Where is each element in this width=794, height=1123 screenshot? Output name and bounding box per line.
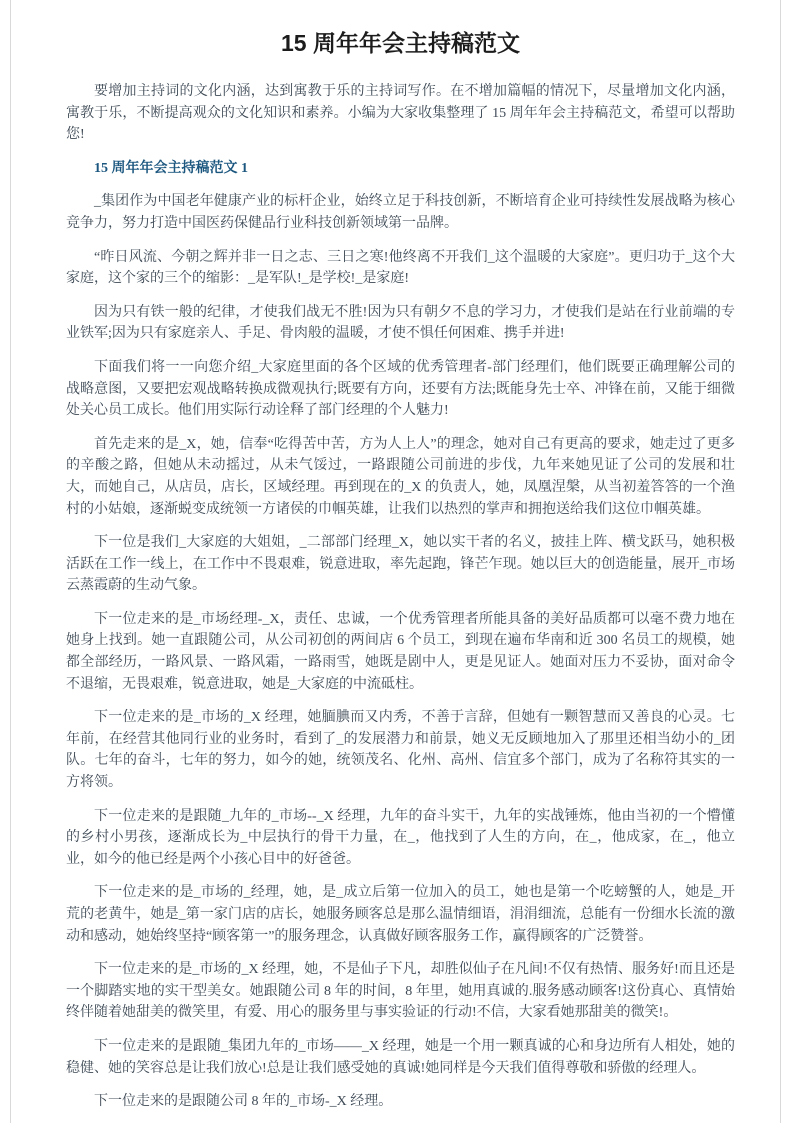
paragraph: 下一位走来的是跟随_九年的_市场--_X 经理，九年的奋斗实干，九年的实战锤炼，… — [66, 806, 735, 871]
document-page: 15 周年年会主持稿范文 要增加主持词的文化内涵，达到寓教于乐的主持词写作。在不… — [0, 0, 794, 1123]
paragraph: 下一位是我们_大家庭的大姐姐，_二部部门经理_X，她以实干者的名义，披挂上阵、横… — [66, 532, 735, 597]
paragraph: 首先走来的是_X，她，信奉“吃得苦中苦，方为人上人”的理念，她对自己有更高的要求… — [66, 434, 735, 520]
page-title: 15 周年年会主持稿范文 — [66, 27, 735, 59]
paragraph: 下一位走来的是跟随_集团九年的_市场——_X 经理，她是一个用一颗真诚的心和身边… — [66, 1036, 735, 1079]
paragraph: 下一位走来的是_市场的_经理，她，是_成立后第一位加入的员工，她也是第一个吃螃蟹… — [66, 882, 735, 947]
document-content: 15 周年年会主持稿范文 要增加主持词的文化内涵，达到寓教于乐的主持词写作。在不… — [0, 0, 794, 1113]
paragraph: 下一位走来的是跟随公司 8 年的_市场-_X 经理。 — [66, 1091, 735, 1113]
paragraph: 下一位走来的是_市场的_X 经理，她腼腆而又内秀，不善于言辞，但她有一颗智慧而又… — [66, 707, 735, 793]
paragraph: “昨日风流、今朝之辉并非一日之志、三日之寒!他终离不开我们_这个温暖的大家庭”。… — [66, 247, 735, 290]
section-heading: 15 周年年会主持稿范文 1 — [66, 158, 735, 180]
paragraph: 下一位走来的是_市场经理-_X，责任、忠诚，一个优秀管理者所能具备的美好品质都可… — [66, 609, 735, 695]
paragraph: 下面我们将一一向您介绍_大家庭里面的各个区域的优秀管理者-部门经理们，他们既要正… — [66, 357, 735, 422]
paragraph: 因为只有铁一般的纪律，才使我们战无不胜!因为只有朝夕不息的学习力，才使我们是站在… — [66, 302, 735, 345]
paragraph: 下一位走来的是_市场的_X 经理，她，不是仙子下凡，却胜似仙子在凡间!不仅有热情… — [66, 959, 735, 1024]
intro-paragraph: 要增加主持词的文化内涵，达到寓教于乐的主持词写作。在不增加篇幅的情况下，尽量增加… — [66, 81, 735, 146]
paragraph: _集团作为中国老年健康产业的标杆企业，始终立足于科技创新，不断培育企业可持续性发… — [66, 191, 735, 234]
